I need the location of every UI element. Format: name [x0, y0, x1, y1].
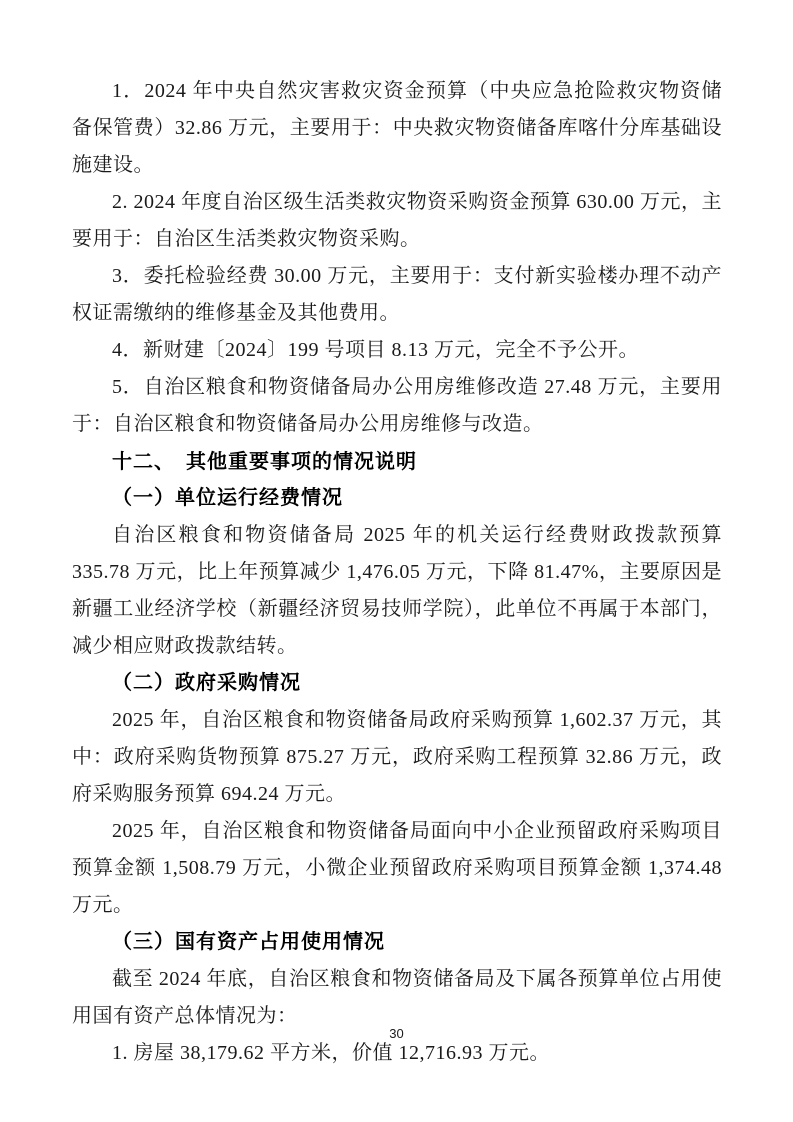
- section-heading-12: 十二、 其他重要事项的情况说明: [72, 443, 722, 480]
- paragraph-procurement-budget: 2025 年，自治区粮食和物资储备局政府采购预算 1,602.37 万元，其中：…: [72, 702, 722, 813]
- paragraph-operating-funds: 自治区粮食和物资储备局 2025 年的机关运行经费财政拨款预算 335.78 万…: [72, 517, 722, 665]
- list-item-4: 4．新财建〔2024〕199 号项目 8.13 万元，完全不予公开。: [72, 332, 722, 369]
- paragraph-state-assets: 截至 2024 年底，自治区粮食和物资储备局及下属各预算单位占用使用国有资产总体…: [72, 961, 722, 1035]
- subsection-heading-3: （三）国有资产占用使用情况: [72, 924, 722, 961]
- list-item-5: 5．自治区粮食和物资储备局办公用房维修改造 27.48 万元，主要用于：自治区粮…: [72, 369, 722, 443]
- document-content: 1．2024 年中央自然灾害救灾资金预算（中央应急抢险救灾物资储备保管费）32.…: [72, 73, 722, 1072]
- page-number: 30: [0, 1026, 793, 1041]
- paragraph-procurement-sme: 2025 年，自治区粮食和物资储备局面向中小企业预留政府采购项目预算金额 1,5…: [72, 813, 722, 924]
- list-item-2: 2. 2024 年度自治区级生活类救灾物资采购资金预算 630.00 万元，主要…: [72, 184, 722, 258]
- subsection-heading-1: （一）单位运行经费情况: [72, 480, 722, 517]
- list-item-1: 1．2024 年中央自然灾害救灾资金预算（中央应急抢险救灾物资储备保管费）32.…: [72, 73, 722, 184]
- list-item-3: 3．委托检验经费 30.00 万元，主要用于：支付新实验楼办理不动产权证需缴纳的…: [72, 258, 722, 332]
- subsection-heading-2: （二）政府采购情况: [72, 665, 722, 702]
- document-page: 1．2024 年中央自然灾害救灾资金预算（中央应急抢险救灾物资储备保管费）32.…: [0, 0, 793, 1122]
